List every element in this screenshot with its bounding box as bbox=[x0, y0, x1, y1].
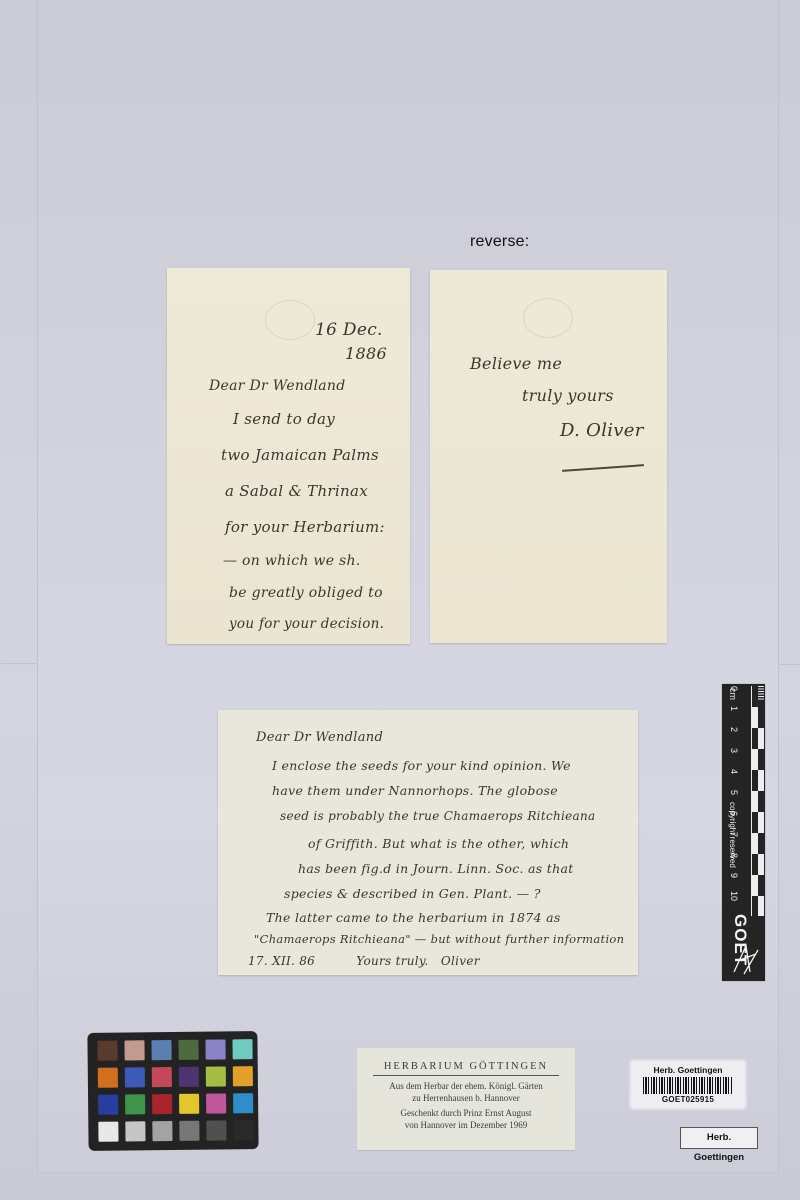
letter-line: Dear Dr Wendland bbox=[209, 378, 345, 394]
barcode-label: Herb. Goettingen GOET025915 bbox=[631, 1061, 745, 1108]
reverse-label: reverse: bbox=[470, 233, 529, 251]
color-swatch bbox=[125, 1121, 145, 1141]
letter-line: for your Herbarium: bbox=[225, 518, 385, 536]
herbarium-label: HERBARIUM GÖTTINGEN Aus dem Herbar der e… bbox=[357, 1048, 575, 1150]
color-swatch bbox=[233, 1093, 253, 1113]
ruler-tick-label: 5 bbox=[729, 790, 739, 800]
ruler-tick-label: 10 bbox=[729, 891, 739, 901]
ruler-tick-label: 0 bbox=[729, 686, 739, 696]
color-swatch bbox=[124, 1040, 144, 1060]
color-checker-card bbox=[87, 1031, 258, 1151]
reverse-line: Believe me bbox=[470, 354, 562, 373]
letter-date-day: 16 Dec. bbox=[315, 320, 383, 340]
note-line: of Griffith. But what is the other, whic… bbox=[308, 836, 569, 851]
color-swatch bbox=[233, 1120, 253, 1140]
letter-front: 16 Dec. 1886 Dear Dr Wendland I send to … bbox=[167, 268, 410, 644]
color-swatch bbox=[152, 1067, 172, 1087]
note-line: 17. XII. 86 Yours truly. Oliver bbox=[248, 954, 480, 968]
embossed-seal bbox=[265, 300, 315, 340]
scale-ruler: cm 0 1 2 3 4 5 6 7 8 9 10 copyright rese… bbox=[722, 684, 765, 981]
note-line: The latter came to the herbarium in 1874… bbox=[266, 910, 561, 925]
herbarium-label-rule bbox=[373, 1075, 559, 1076]
letter-line: a Sabal & Thrinax bbox=[225, 482, 368, 500]
note-line: species & described in Gen. Plant. — ? bbox=[284, 886, 541, 901]
note-line: seed is probably the true Chamaerops Rit… bbox=[280, 809, 595, 823]
embossed-seal bbox=[523, 298, 573, 338]
letter-date-year: 1886 bbox=[345, 344, 387, 363]
color-swatch bbox=[98, 1122, 118, 1142]
ruler-tick-label: 1 bbox=[729, 706, 739, 716]
reverse-line: truly yours bbox=[522, 386, 614, 405]
sheet-fold-line-right bbox=[778, 664, 800, 665]
barcode-icon bbox=[643, 1077, 733, 1094]
herbarium-label-title: HERBARIUM GÖTTINGEN bbox=[357, 1061, 575, 1072]
color-swatch bbox=[98, 1068, 118, 1088]
color-swatch bbox=[206, 1066, 226, 1086]
note: Dear Dr Wendland I enclose the seeds for… bbox=[218, 710, 638, 975]
color-swatch bbox=[233, 1066, 253, 1086]
ruler-scale-bar bbox=[751, 686, 764, 916]
goet-logo-icon bbox=[730, 942, 760, 978]
color-swatch bbox=[179, 1121, 199, 1141]
letter-line: I send to day bbox=[233, 410, 335, 428]
ruler-tick-label: 9 bbox=[729, 873, 739, 883]
ruler-tick-label: 2 bbox=[729, 727, 739, 737]
note-line: Dear Dr Wendland bbox=[256, 730, 383, 745]
ruler-copyright: copyright reserved bbox=[728, 802, 737, 868]
note-line: has been fig.d in Journ. Linn. Soc. as t… bbox=[298, 861, 574, 876]
letter-line: be greatly obliged to bbox=[229, 585, 383, 601]
signature: D. Oliver bbox=[560, 420, 644, 441]
color-swatch bbox=[151, 1040, 171, 1060]
letter-line: you for your decision. bbox=[229, 616, 384, 632]
color-swatch bbox=[205, 1039, 225, 1059]
color-swatch bbox=[98, 1095, 118, 1115]
ruler-tick-label: 3 bbox=[729, 748, 739, 758]
color-swatch bbox=[97, 1041, 117, 1061]
color-swatch bbox=[206, 1120, 226, 1140]
herbarium-stamp: Herb. Goettingen bbox=[680, 1127, 758, 1149]
herbarium-label-line: zu Herrenhausen b. Hannover bbox=[357, 1092, 575, 1104]
letter-reverse: Believe me truly yours D. Oliver bbox=[430, 270, 667, 643]
note-line: have them under Nannorhops. The globose bbox=[272, 783, 558, 798]
color-swatch bbox=[206, 1093, 226, 1113]
barcode-label-title: Herb. Goettingen bbox=[631, 1065, 745, 1075]
color-swatch bbox=[178, 1040, 198, 1060]
color-swatch bbox=[152, 1094, 172, 1114]
letter-line: — on which we sh. bbox=[223, 553, 361, 569]
letter-line: two Jamaican Palms bbox=[221, 446, 379, 464]
herbarium-label-line: Aus dem Herbar der ehem. Königl. Gärten bbox=[357, 1080, 575, 1092]
color-swatch bbox=[179, 1067, 199, 1087]
ruler-tick-label: 4 bbox=[729, 769, 739, 779]
color-swatch bbox=[125, 1067, 145, 1087]
herbarium-label-line: von Hannover im Dezember 1969 bbox=[357, 1119, 575, 1131]
note-line: I enclose the seeds for your kind opinio… bbox=[272, 758, 571, 773]
sheet-fold-line bbox=[1, 663, 38, 664]
color-swatch bbox=[179, 1094, 199, 1114]
color-swatch bbox=[232, 1039, 252, 1059]
signature-underline bbox=[562, 464, 644, 471]
note-line: "Chamaerops Ritchieana" — but without fu… bbox=[254, 932, 624, 946]
color-swatch bbox=[125, 1094, 145, 1114]
barcode-number: GOET025915 bbox=[631, 1095, 745, 1104]
herbarium-label-line: Geschenkt durch Prinz Ernst August bbox=[357, 1107, 575, 1119]
color-swatch bbox=[152, 1121, 172, 1141]
